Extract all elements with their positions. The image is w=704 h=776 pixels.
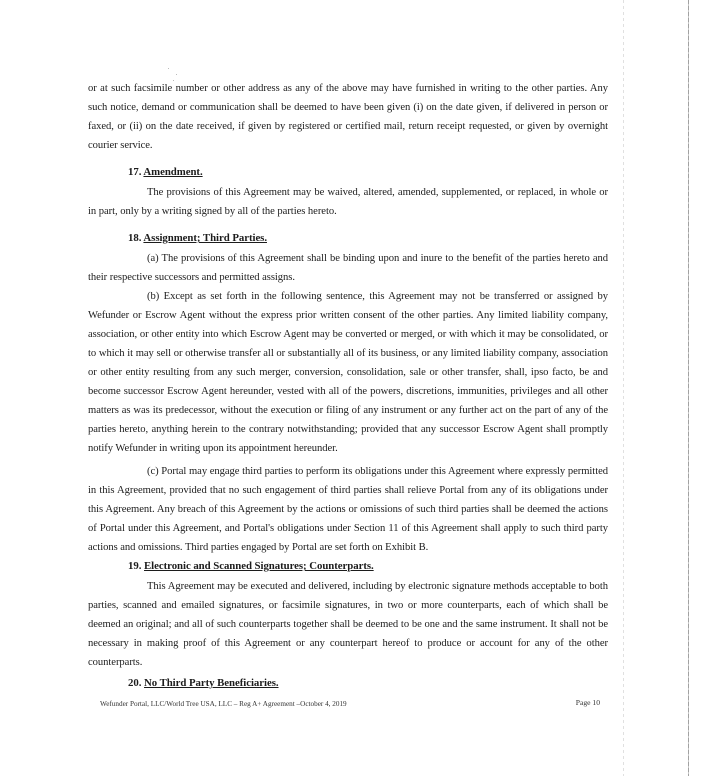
section-heading-19: 19. Electronic and Scanned Signatures; C… [88,557,608,576]
section-18b-paragraph: (b) Except as set forth in the following… [88,287,608,458]
section-title: Assignment; Third Parties. [143,232,267,244]
section-number: 19. [128,560,141,572]
section-number: 20. [128,677,141,689]
section-heading-20: 20. No Third Party Beneficiaries. [88,674,608,693]
scan-artifact-line [688,0,689,776]
section-number: 17. [128,166,141,178]
intro-paragraph: or at such facsimile number or other add… [88,79,608,155]
section-heading-17: 17. Amendment. [88,163,608,182]
section-heading-18: 18. Assignment; Third Parties. [88,229,608,248]
document-body: or at such facsimile number or other add… [88,79,608,694]
scan-speck [176,74,177,75]
section-19-paragraph: This Agreement may be executed and deliv… [88,577,608,672]
section-title: Electronic and Scanned Signatures; Count… [144,560,374,572]
footer-document-title: Wefunder Portal, LLC/World Tree USA, LLC… [100,700,347,708]
section-title: Amendment. [143,166,202,178]
section-18c-paragraph: (c) Portal may engage third parties to p… [88,462,608,557]
section-title: No Third Party Beneficiaries. [144,677,279,689]
scan-artifact-line [623,0,624,776]
section-17-paragraph: The provisions of this Agreement may be … [88,183,608,221]
section-18a-paragraph: (a) The provisions of this Agreement sha… [88,249,608,287]
document-page: or at such facsimile number or other add… [0,0,704,776]
scan-speck [168,68,169,69]
section-number: 18. [128,232,141,244]
page-number: Page 10 [576,698,600,707]
